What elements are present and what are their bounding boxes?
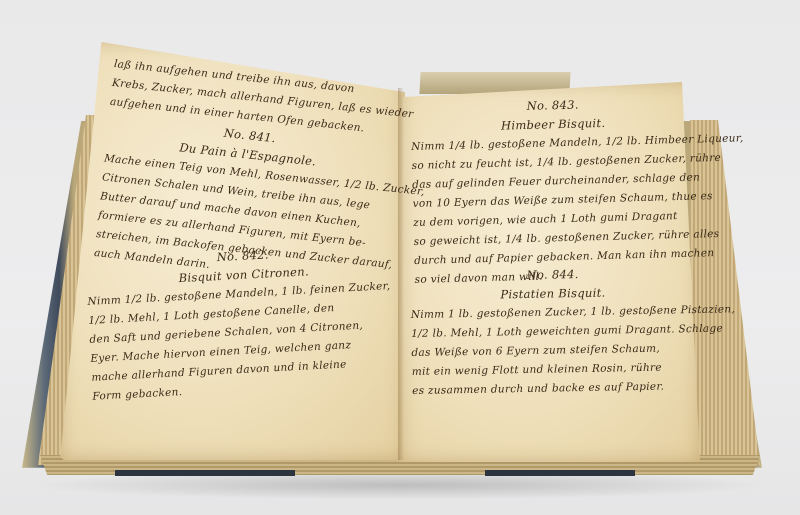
right-page-lower-text: No. 844. Pistatien Bisquit. Nimm 1 lb. g… [410, 263, 697, 401]
right-page-edges [690, 120, 760, 465]
cover-band-left [115, 470, 295, 476]
left-page-lower-text: No. 842. Bisquit von Citronen. Nimm 1/2 … [85, 239, 408, 407]
right-page-upper-text: No. 843. Himbeer Bisquit. Nimm 1/4 lb. g… [410, 93, 700, 290]
cover-band-right [485, 470, 635, 476]
